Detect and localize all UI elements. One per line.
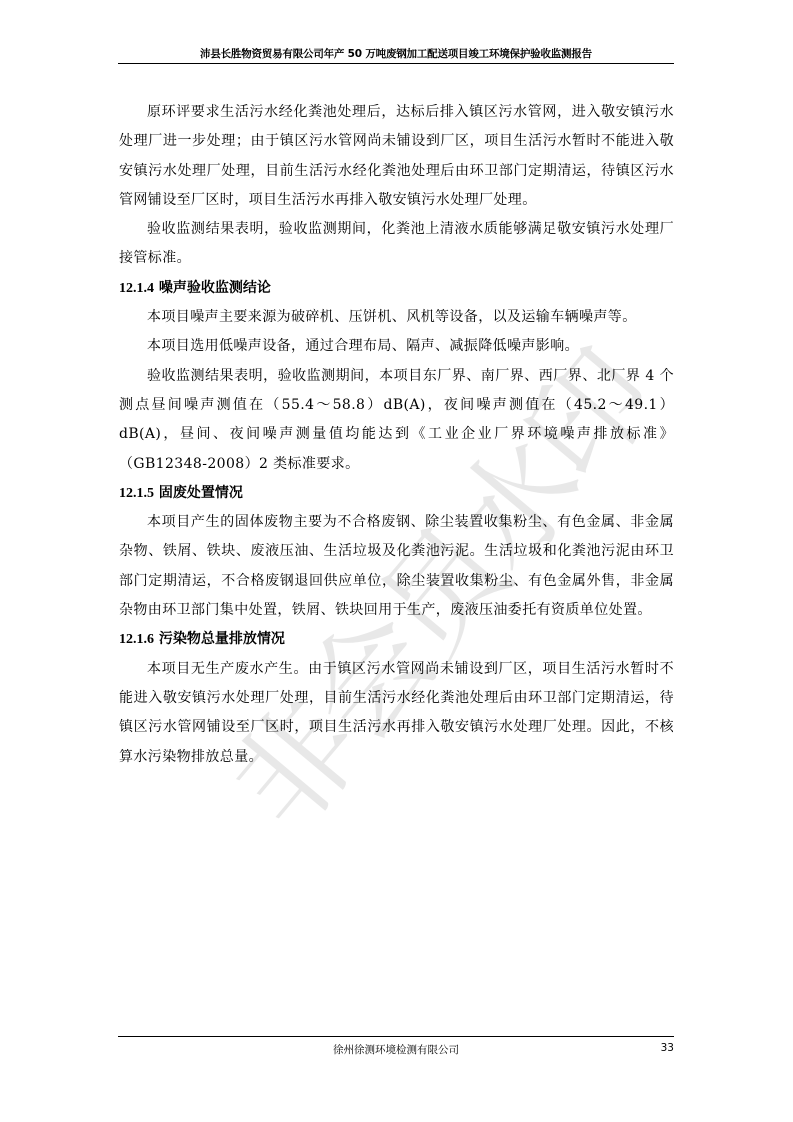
- header-divider: [118, 63, 674, 64]
- running-header: 沛县长胜物资贸易有限公司年产 50 万吨废钢加工配送项目竣工环境保护验收监测报告: [118, 46, 674, 61]
- paragraph: 验收监测结果表明，验收监测期间，化粪池上清液水质能够满足敬安镇污水处理厂接管标准…: [119, 215, 674, 274]
- section-heading-12-1-5: 12.1.5 固废处置情况: [119, 479, 674, 508]
- footer-organization: 徐州徐测环境检测有限公司: [118, 1042, 674, 1057]
- paragraph: 验收监测结果表明，验收监测期间，本项目东厂界、南厂界、西厂界、北厂界 4 个测点…: [119, 362, 674, 479]
- document-body: 原环评要求生活污水经化粪池处理后，达标后排入镇区污水管网，进入敬安镇污水处理厂进…: [119, 98, 674, 772]
- paragraph: 本项目噪声主要来源为破碎机、压饼机、风机等设备，以及运输车辆噪声等。: [119, 303, 674, 332]
- section-number: 12.1.4: [119, 281, 154, 296]
- paragraph: 本项目产生的固体废物主要为不合格废钢、除尘装置收集粉尘、有色金属、非金属杂物、铁…: [119, 508, 674, 625]
- paragraph: 原环评要求生活污水经化粪池处理后，达标后排入镇区污水管网，进入敬安镇污水处理厂进…: [119, 98, 674, 215]
- section-title: 污染物总量排放情况: [159, 631, 285, 647]
- section-heading-12-1-6: 12.1.6 污染物总量排放情况: [119, 625, 674, 654]
- footer-divider: [118, 1036, 674, 1037]
- page-number: 33: [640, 1042, 674, 1054]
- paragraph: 本项目选用低噪声设备，通过合理布局、隔声、减振降低噪声影响。: [119, 332, 674, 361]
- section-number: 12.1.6: [119, 632, 154, 647]
- section-title: 固废处置情况: [159, 485, 243, 501]
- paragraph: 本项目无生产废水产生。由于镇区污水管网尚未铺设到厂区，项目生活污水暂时不能进入敬…: [119, 655, 674, 772]
- section-title: 噪声验收监测结论: [159, 280, 271, 296]
- section-number: 12.1.5: [119, 486, 154, 501]
- section-heading-12-1-4: 12.1.4 噪声验收监测结论: [119, 274, 674, 303]
